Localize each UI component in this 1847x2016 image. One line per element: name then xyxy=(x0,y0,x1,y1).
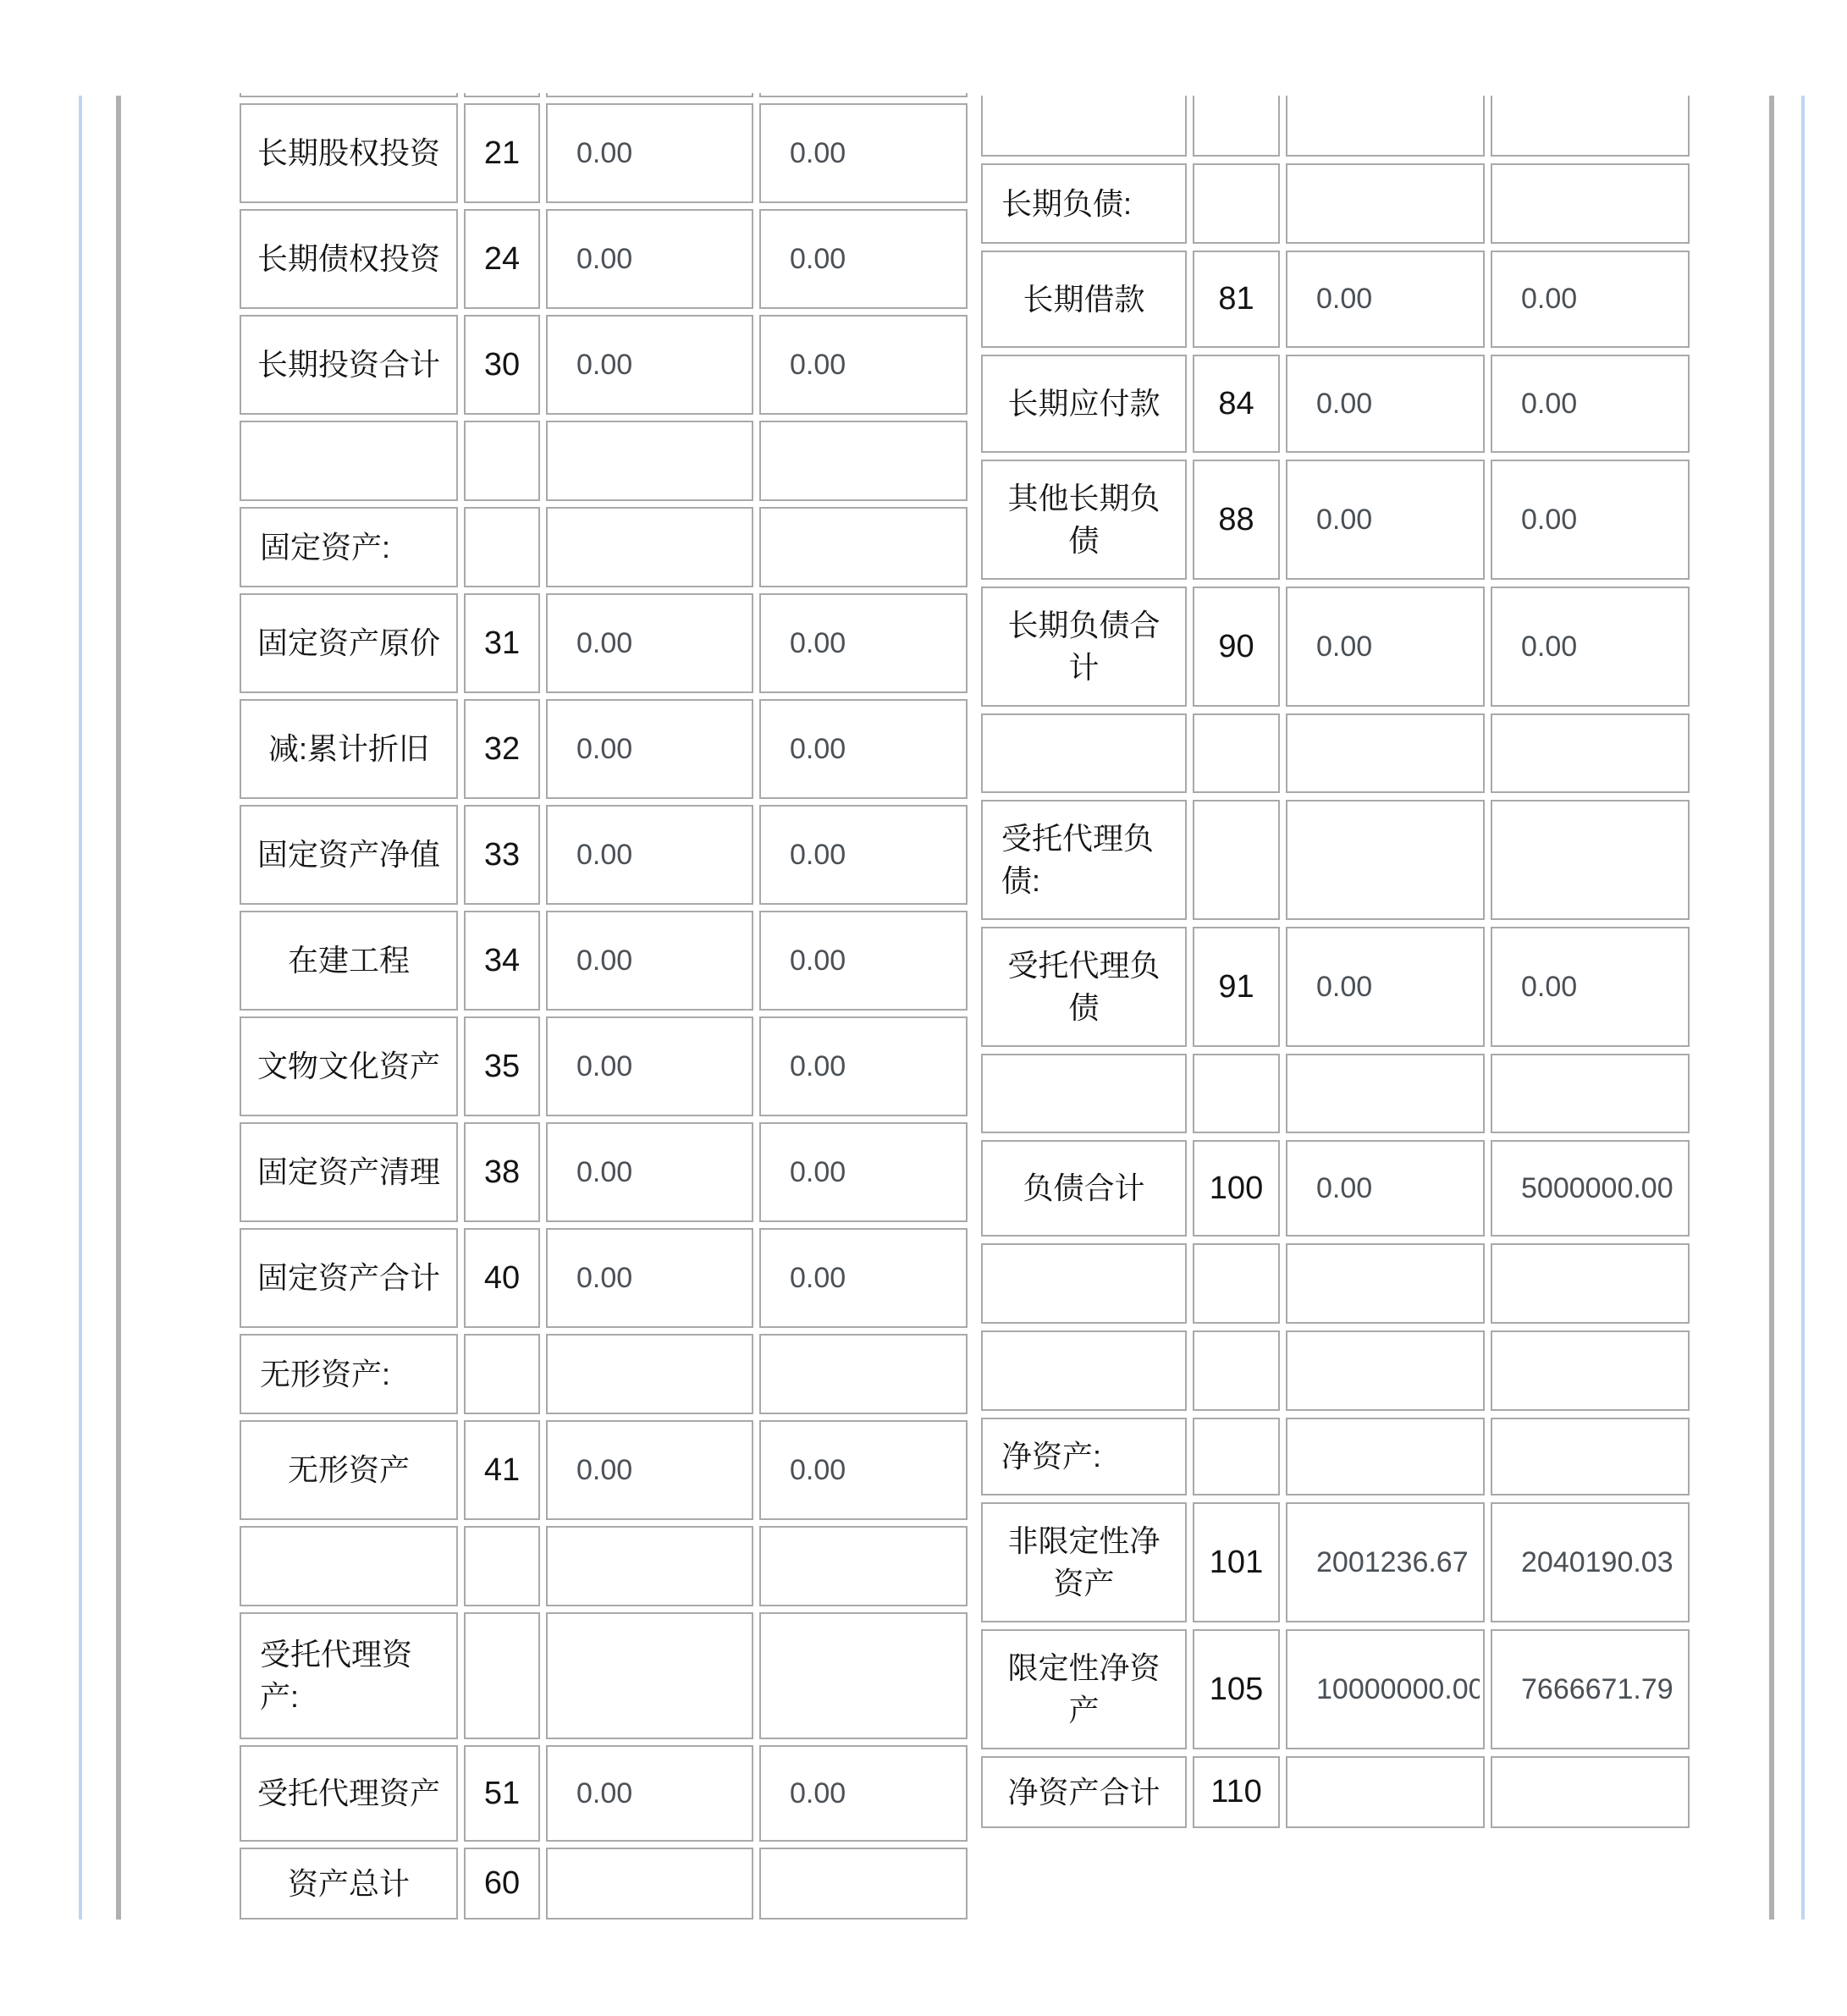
liabilities-row-empty xyxy=(981,1054,1690,1133)
liabilities-row-84: 长期应付款84 xyxy=(981,355,1690,453)
assets-row-34: 在建工程34 xyxy=(240,911,968,1011)
empty-cell xyxy=(981,1054,1187,1133)
row-label-cell: 受托代理负债: xyxy=(981,800,1187,920)
amount-input[interactable] xyxy=(759,103,968,203)
assets-row-35: 文物文化资产35 xyxy=(240,1016,968,1116)
liabilities-row-section: 净资产: xyxy=(981,1418,1690,1495)
row-label-cell: 在建工程 xyxy=(240,911,458,1011)
amount-input[interactable] xyxy=(759,699,968,799)
empty-cell xyxy=(759,1526,968,1606)
amount-input[interactable] xyxy=(759,315,968,415)
amount-input[interactable] xyxy=(546,699,753,799)
empty-cell xyxy=(1193,96,1280,157)
empty-cell xyxy=(240,1526,458,1606)
line-code-cell: 100 xyxy=(1193,1140,1280,1237)
amount-input[interactable] xyxy=(1491,355,1690,453)
amount-input[interactable] xyxy=(546,1848,753,1920)
line-code-cell: 40 xyxy=(464,1228,540,1328)
empty-cell xyxy=(1286,1418,1485,1495)
liabilities-row-section: 受托代理负债: xyxy=(981,800,1690,920)
empty-cell xyxy=(464,421,540,501)
empty-cell xyxy=(546,93,753,97)
empty-cell xyxy=(464,1334,540,1414)
liabilities-row-empty xyxy=(981,1243,1690,1324)
amount-input[interactable] xyxy=(1286,1502,1485,1622)
line-code-cell: 101 xyxy=(1193,1502,1280,1622)
row-label-cell: 固定资产净值 xyxy=(240,805,458,905)
empty-cell xyxy=(1286,96,1485,157)
amount-input[interactable] xyxy=(1286,1140,1485,1237)
assets-row-51: 受托代理资产51 xyxy=(240,1745,968,1842)
assets-row-33: 固定资产净值33 xyxy=(240,805,968,905)
empty-cell xyxy=(759,93,968,97)
empty-cell xyxy=(759,507,968,587)
amount-input[interactable] xyxy=(759,1122,968,1222)
row-label-cell: 受托代理资产: xyxy=(240,1612,458,1739)
liabilities-row-section: 长期负债: xyxy=(981,163,1690,244)
assets-row-empty xyxy=(240,421,968,501)
liabilities-row-stub xyxy=(981,96,1690,157)
line-code-cell: 81 xyxy=(1193,251,1280,348)
row-label-cell: 固定资产清理 xyxy=(240,1122,458,1222)
balance-sheet-form-page: 长期股权投资21长期债权投资24长期投资合计30固定资产:固定资产原价31减:累… xyxy=(0,0,1847,2016)
empty-cell xyxy=(1286,1243,1485,1324)
line-code-cell: 38 xyxy=(464,1122,540,1222)
amount-input[interactable] xyxy=(759,1420,968,1520)
row-label-cell: 长期股权投资 xyxy=(240,103,458,203)
line-code-cell: 105 xyxy=(1193,1629,1280,1749)
assets-row-38: 固定资产清理38 xyxy=(240,1122,968,1222)
amount-input[interactable] xyxy=(1491,460,1690,580)
assets-table: 长期股权投资21长期债权投资24长期投资合计30固定资产:固定资产原价31减:累… xyxy=(240,93,968,1920)
empty-cell xyxy=(546,1526,753,1606)
line-code-cell: 88 xyxy=(1193,460,1280,580)
empty-cell xyxy=(1286,163,1485,244)
amount-input[interactable] xyxy=(546,1016,753,1116)
liabilities-row-88: 其他长期负债88 xyxy=(981,460,1690,580)
amount-input[interactable] xyxy=(1286,251,1485,348)
line-code-cell: 90 xyxy=(1193,587,1280,707)
line-code-cell: 30 xyxy=(464,315,540,415)
line-code-cell: 41 xyxy=(464,1420,540,1520)
empty-cell xyxy=(1193,1243,1280,1324)
empty-cell xyxy=(981,1243,1187,1324)
amount-input[interactable] xyxy=(546,805,753,905)
amount-input[interactable] xyxy=(759,805,968,905)
assets-row-32: 减:累计折旧32 xyxy=(240,699,968,799)
empty-cell xyxy=(240,93,458,97)
row-label-cell: 长期债权投资 xyxy=(240,209,458,309)
amount-input[interactable] xyxy=(1286,927,1485,1047)
amount-input[interactable] xyxy=(1491,1629,1690,1749)
amount-input[interactable] xyxy=(546,1122,753,1222)
assets-row-41: 无形资产41 xyxy=(240,1420,968,1520)
row-label-cell: 限定性净资产 xyxy=(981,1629,1187,1749)
empty-cell xyxy=(1193,1054,1280,1133)
line-code-cell: 24 xyxy=(464,209,540,309)
empty-cell xyxy=(546,421,753,501)
amount-input[interactable] xyxy=(1286,1756,1485,1828)
row-label-cell: 净资产: xyxy=(981,1418,1187,1495)
line-code-cell: 33 xyxy=(464,805,540,905)
line-code-cell: 34 xyxy=(464,911,540,1011)
amount-input[interactable] xyxy=(759,209,968,309)
line-code-cell: 84 xyxy=(1193,355,1280,453)
amount-input[interactable] xyxy=(546,209,753,309)
assets-row-section: 固定资产: xyxy=(240,507,968,587)
amount-input[interactable] xyxy=(1286,587,1485,707)
empty-cell xyxy=(1286,713,1485,793)
row-label-cell: 受托代理负债 xyxy=(981,927,1187,1047)
assets-row-40: 固定资产合计40 xyxy=(240,1228,968,1328)
amount-input[interactable] xyxy=(759,1016,968,1116)
row-label-cell: 长期投资合计 xyxy=(240,315,458,415)
amount-input[interactable] xyxy=(546,1228,753,1328)
right-blue-scroll-edge xyxy=(1801,96,1805,1920)
empty-cell xyxy=(759,421,968,501)
line-code-cell: 32 xyxy=(464,699,540,799)
line-code-cell: 35 xyxy=(464,1016,540,1116)
left-gray-scroll-edge xyxy=(116,96,121,1920)
amount-input[interactable] xyxy=(546,315,753,415)
empty-cell xyxy=(1286,800,1485,920)
row-label-cell: 受托代理资产 xyxy=(240,1745,458,1842)
empty-cell xyxy=(464,1612,540,1739)
row-label-cell: 文物文化资产 xyxy=(240,1016,458,1116)
empty-cell xyxy=(1491,800,1690,920)
empty-cell xyxy=(1491,1330,1690,1411)
empty-cell xyxy=(1193,1330,1280,1411)
amount-input[interactable] xyxy=(759,1228,968,1328)
assets-row-empty xyxy=(240,1526,968,1606)
empty-cell xyxy=(240,421,458,501)
empty-cell xyxy=(546,507,753,587)
empty-cell xyxy=(1286,1330,1485,1411)
row-label-cell: 净资产合计 xyxy=(981,1756,1187,1828)
amount-input[interactable] xyxy=(1286,1629,1485,1749)
amount-input[interactable] xyxy=(546,911,753,1011)
amount-input[interactable] xyxy=(1491,927,1690,1047)
amount-input[interactable] xyxy=(1491,251,1690,348)
empty-cell xyxy=(464,1526,540,1606)
amount-input[interactable] xyxy=(759,593,968,693)
assets-row-30: 长期投资合计30 xyxy=(240,315,968,415)
amount-input[interactable] xyxy=(1491,587,1690,707)
row-label-cell: 固定资产: xyxy=(240,507,458,587)
row-label-cell: 长期借款 xyxy=(981,251,1187,348)
line-code-cell: 91 xyxy=(1193,927,1280,1047)
row-label-cell: 固定资产原价 xyxy=(240,593,458,693)
empty-cell xyxy=(1193,800,1280,920)
amount-input[interactable] xyxy=(1491,1502,1690,1622)
amount-input[interactable] xyxy=(1491,1756,1690,1828)
row-label-cell: 减:累计折旧 xyxy=(240,699,458,799)
empty-cell xyxy=(981,96,1187,157)
row-label-cell: 无形资产: xyxy=(240,1334,458,1414)
empty-cell xyxy=(546,1612,753,1739)
line-code-cell: 60 xyxy=(464,1848,540,1920)
row-label-cell: 固定资产合计 xyxy=(240,1228,458,1328)
amount-input[interactable] xyxy=(1286,460,1485,580)
line-code-cell: 51 xyxy=(464,1745,540,1842)
line-code-cell: 31 xyxy=(464,593,540,693)
row-label-cell: 长期负债: xyxy=(981,163,1187,244)
empty-cell xyxy=(1286,1054,1485,1133)
amount-input[interactable] xyxy=(759,1848,968,1920)
empty-cell xyxy=(981,713,1187,793)
empty-cell xyxy=(759,1334,968,1414)
assets-row-31: 固定资产原价31 xyxy=(240,593,968,693)
empty-cell xyxy=(1491,1243,1690,1324)
empty-cell xyxy=(1193,163,1280,244)
empty-cell xyxy=(1491,1418,1690,1495)
liabilities-row-110: 净资产合计110 xyxy=(981,1756,1690,1828)
amount-input[interactable] xyxy=(546,103,753,203)
row-label-cell: 长期应付款 xyxy=(981,355,1187,453)
empty-cell xyxy=(546,1334,753,1414)
liabilities-row-91: 受托代理负债91 xyxy=(981,927,1690,1047)
assets-row-21: 长期股权投资21 xyxy=(240,103,968,203)
empty-cell xyxy=(464,507,540,587)
liabilities-table: 长期负债:长期借款81长期应付款84其他长期负债88长期负债合计90受托代理负债… xyxy=(981,96,1690,1828)
assets-row-stub xyxy=(240,93,968,97)
amount-input[interactable] xyxy=(546,593,753,693)
row-label-cell: 非限定性净资产 xyxy=(981,1502,1187,1622)
liabilities-row-90: 长期负债合计90 xyxy=(981,587,1690,707)
amount-input[interactable] xyxy=(759,911,968,1011)
right-gray-scroll-edge xyxy=(1769,96,1774,1920)
assets-row-24: 长期债权投资24 xyxy=(240,209,968,309)
liabilities-row-empty xyxy=(981,713,1690,793)
liabilities-row-81: 长期借款81 xyxy=(981,251,1690,348)
assets-row-section: 受托代理资产: xyxy=(240,1612,968,1739)
empty-cell xyxy=(1491,1054,1690,1133)
assets-row-60: 资产总计60 xyxy=(240,1848,968,1920)
liabilities-row-empty xyxy=(981,1330,1690,1411)
empty-cell xyxy=(1491,96,1690,157)
empty-cell xyxy=(1491,163,1690,244)
amount-input[interactable] xyxy=(1491,1140,1690,1237)
empty-cell xyxy=(1193,713,1280,793)
line-code-cell: 110 xyxy=(1193,1756,1280,1828)
row-label-cell: 资产总计 xyxy=(240,1848,458,1920)
row-label-cell: 长期负债合计 xyxy=(981,587,1187,707)
empty-cell xyxy=(1491,713,1690,793)
line-code-cell: 21 xyxy=(464,103,540,203)
amount-input[interactable] xyxy=(546,1745,753,1842)
amount-input[interactable] xyxy=(1286,355,1485,453)
row-label-cell: 负债合计 xyxy=(981,1140,1187,1237)
empty-cell xyxy=(759,1612,968,1739)
empty-cell xyxy=(1193,1418,1280,1495)
empty-cell xyxy=(981,1330,1187,1411)
empty-cell xyxy=(464,93,540,97)
amount-input[interactable] xyxy=(759,1745,968,1842)
row-label-cell: 其他长期负债 xyxy=(981,460,1187,580)
amount-input[interactable] xyxy=(546,1420,753,1520)
left-blue-scroll-edge xyxy=(79,96,82,1920)
row-label-cell: 无形资产 xyxy=(240,1420,458,1520)
liabilities-row-100: 负债合计100 xyxy=(981,1140,1690,1237)
liabilities-row-105: 限定性净资产105 xyxy=(981,1629,1690,1749)
assets-row-section: 无形资产: xyxy=(240,1334,968,1414)
liabilities-row-101: 非限定性净资产101 xyxy=(981,1502,1690,1622)
